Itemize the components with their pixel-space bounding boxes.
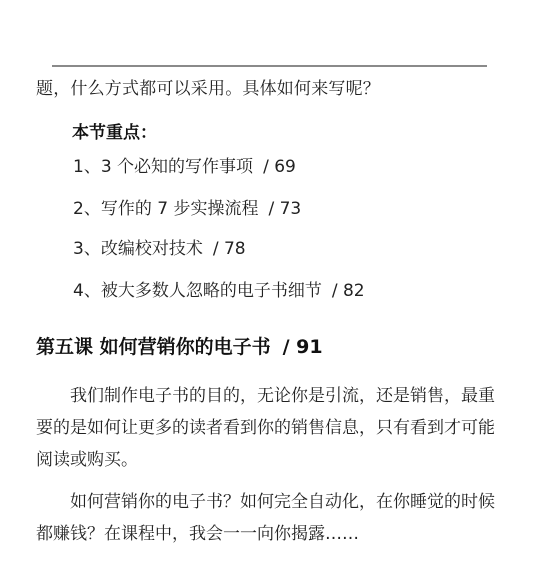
toc-title: 3 个必知的写作事项 [101, 157, 253, 177]
toc-number: 4、 [73, 281, 101, 301]
chapter-title: 第五课 如何营销你的电子书/ 91 [36, 332, 323, 359]
toc-item: 3、改编校对技术/ 78 [73, 238, 246, 260]
chapter-title-text: 第五课 如何营销你的电子书 [36, 336, 271, 358]
toc-number: 3、 [73, 239, 101, 259]
chapter-page: / 91 [283, 336, 323, 358]
header-rule [52, 65, 487, 67]
paragraph: 我们制作电子书的目的，无论你是引流，还是销售，最重要的是如何让更多的读者看到你的… [36, 380, 504, 476]
section-heading: 本节重点： [72, 118, 157, 143]
toc-item: 1、3 个必知的写作事项/ 69 [73, 156, 296, 178]
toc-page: / 78 [213, 239, 246, 259]
paragraph: 如何营销你的电子书？如何完全自动化，在你睡觉的时候都赚钱？在课程中，我会一一向你… [36, 486, 504, 550]
toc-item: 2、写作的 7 步实操流程/ 73 [73, 198, 301, 220]
toc-title: 改编校对技术 [101, 239, 203, 259]
toc-page: / 73 [268, 199, 301, 219]
toc-number: 1、 [73, 157, 101, 177]
toc-item: 4、被大多数人忽略的电子书细节/ 82 [73, 280, 365, 302]
intro-line: 题，什么方式都可以采用。具体如何来写呢？ [36, 78, 380, 100]
toc-title: 被大多数人忽略的电子书细节 [101, 281, 322, 301]
toc-number: 2、 [73, 199, 101, 219]
toc-title: 写作的 7 步实操流程 [101, 199, 259, 219]
toc-page: / 69 [263, 157, 296, 177]
toc-page: / 82 [332, 281, 365, 301]
